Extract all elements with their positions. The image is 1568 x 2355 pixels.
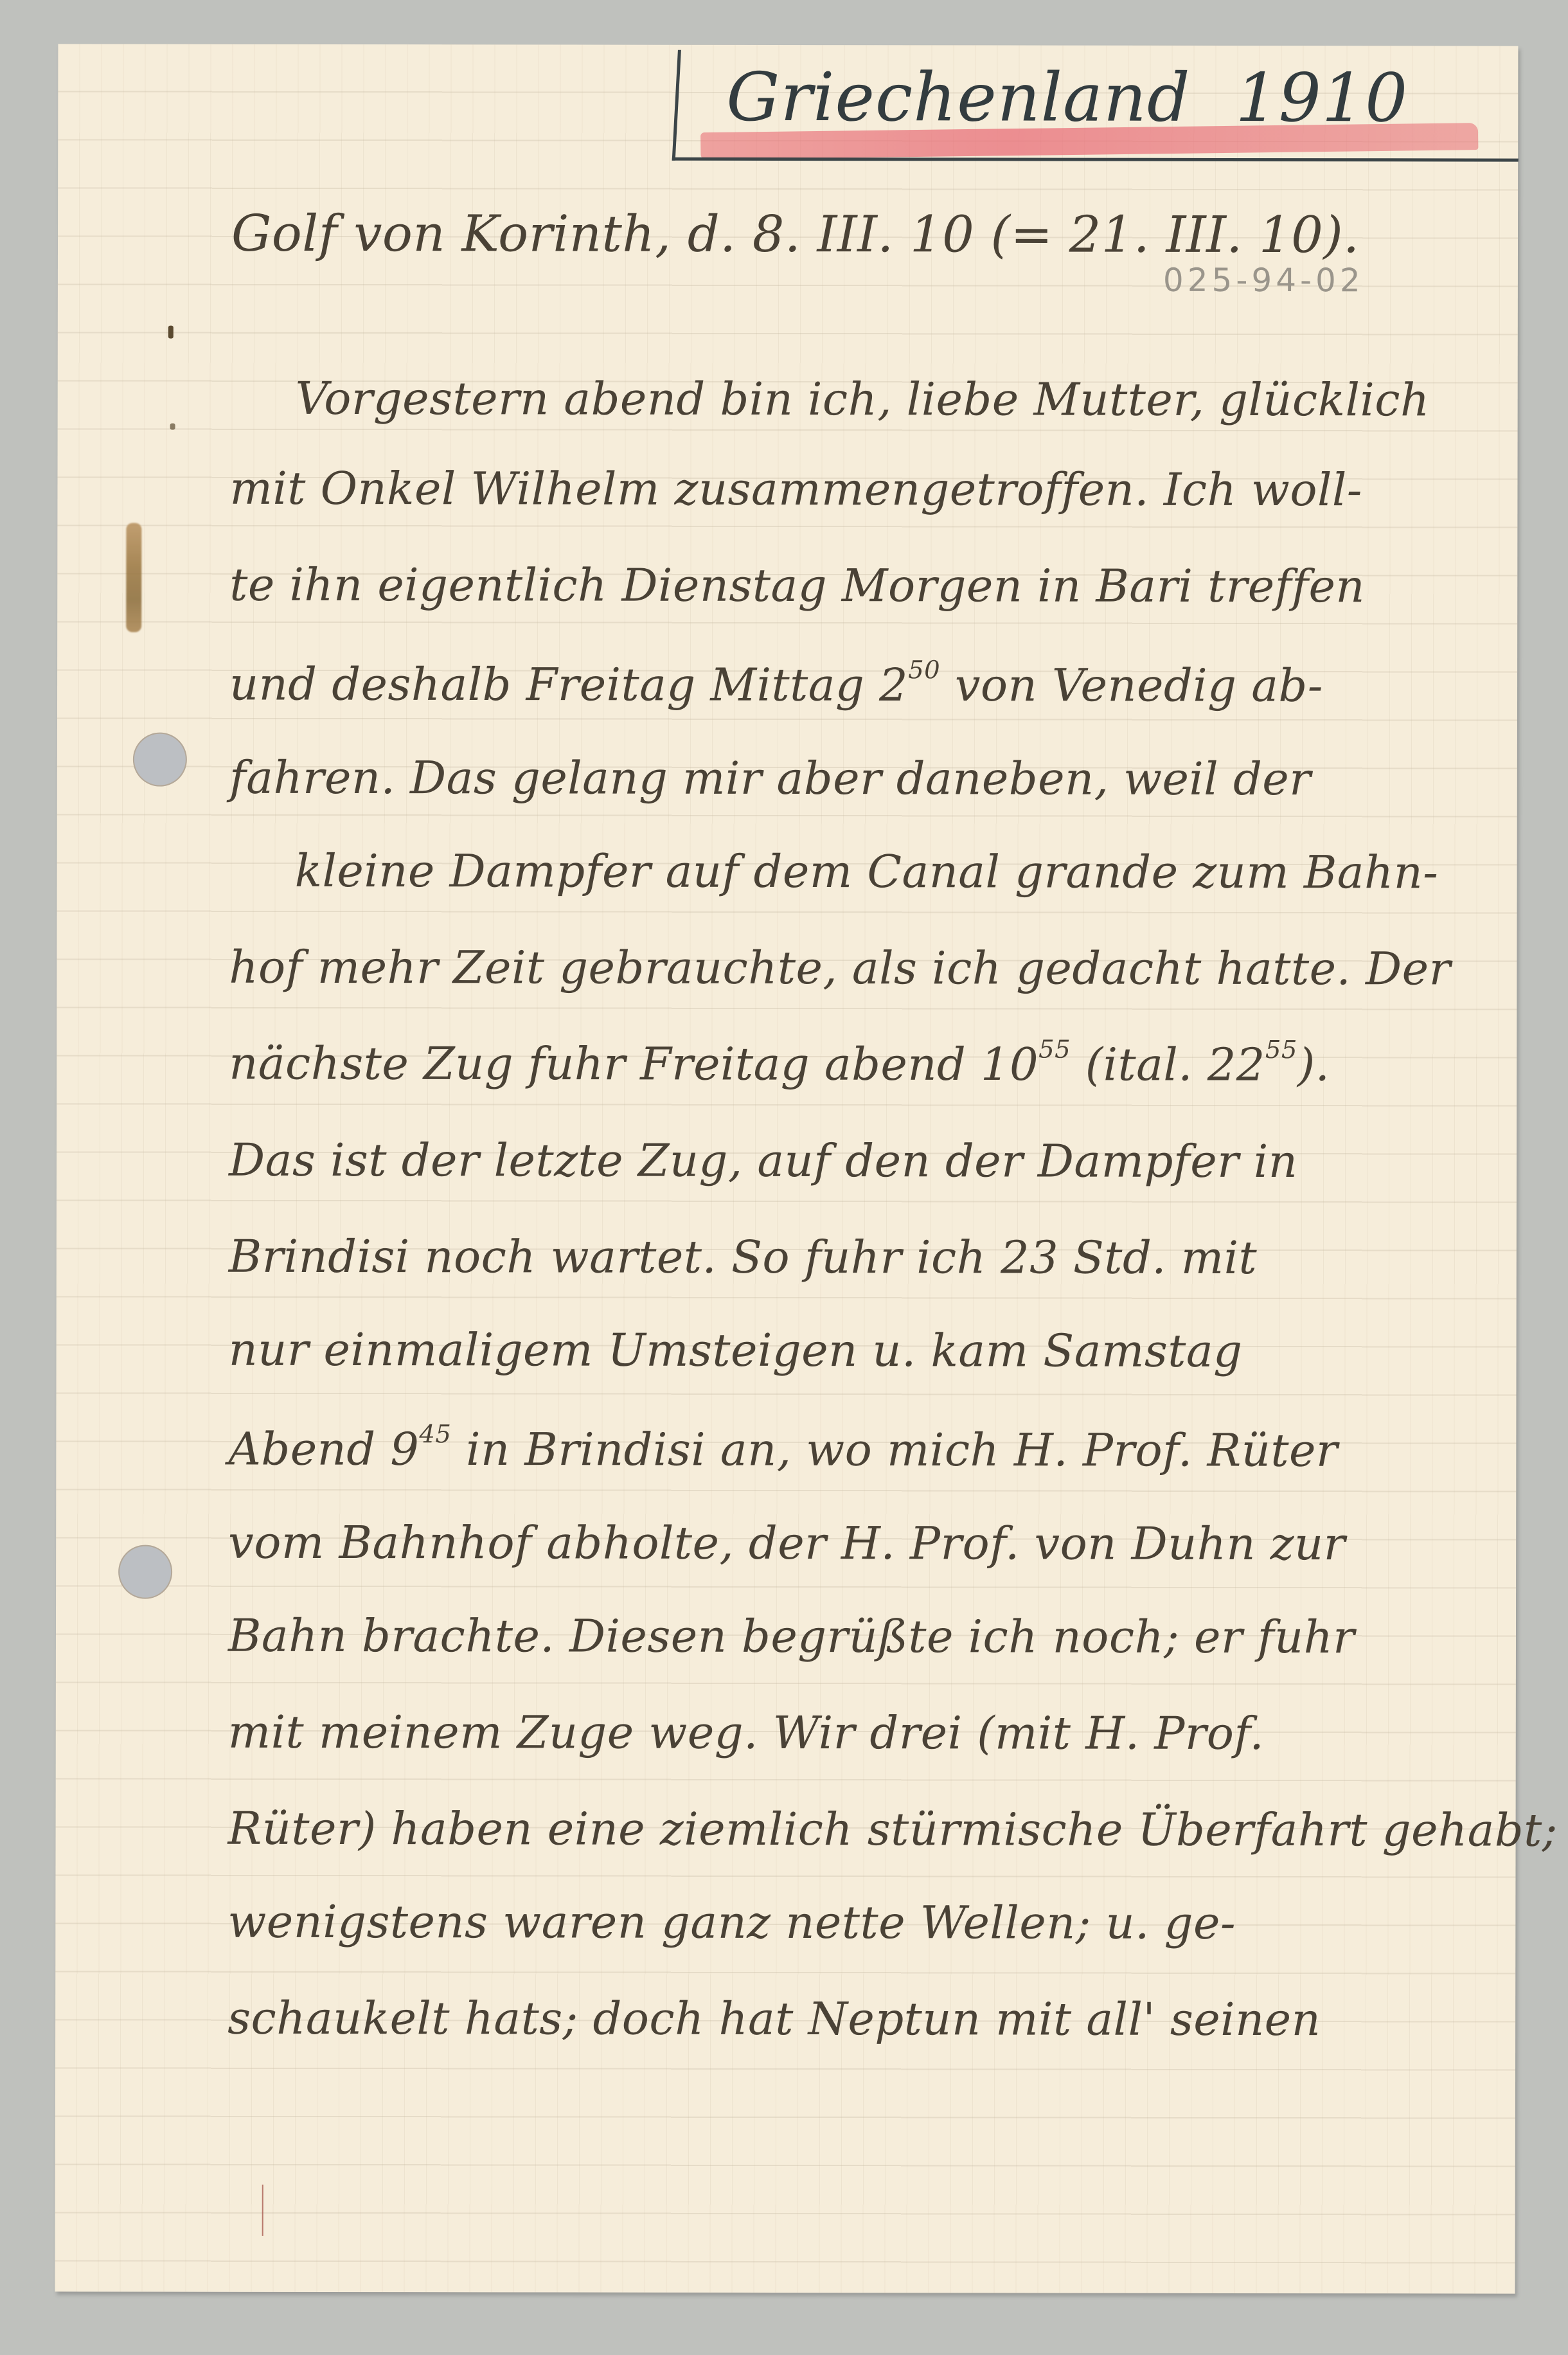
letter-line: Abend 945 in Brindisi an, wo mich H. Pro… xyxy=(228,1420,1338,1477)
letter-line: wenigstens waren ganz nette Wellen; u. g… xyxy=(227,1895,1236,1949)
letter-line: te ihn eigentlich Dienstag Morgen in Bar… xyxy=(229,559,1365,613)
time-minutes: 45 xyxy=(419,1420,451,1449)
letter-line: nur einmaligem Umsteigen u. kam Samstag xyxy=(229,1323,1243,1377)
letter-line: fahren. Das gelang mir aber daneben, wei… xyxy=(229,751,1311,805)
dateline-date: d. 8. III. 10 xyxy=(688,206,975,264)
letter-page: Griechenland1910 025-94-02 Golf von Kori… xyxy=(55,44,1519,2293)
letter-line: und deshalb Freitag Mittag 250 von Vened… xyxy=(229,655,1323,712)
letter-line: mit Onkel Wilhelm zusammengetroffen. Ich… xyxy=(229,462,1362,516)
line-text: (ital. 22 xyxy=(1071,1038,1265,1091)
time-minutes: 55 xyxy=(1038,1035,1071,1064)
line-text: Abend 9 xyxy=(228,1422,419,1475)
letter-line: Rüter) haben eine ziemlich stürmische Üb… xyxy=(228,1802,1558,1857)
line-text: nächste Zug fuhr Freitag abend 10 xyxy=(229,1037,1038,1091)
letter-line: Bahn brachte. Diesen begrüßte ich noch; … xyxy=(228,1609,1355,1663)
time-minutes: 55 xyxy=(1265,1035,1297,1064)
time-minutes: 50 xyxy=(908,656,940,685)
line-text: in Brindisi an, wo mich H. Prof. Rüter xyxy=(451,1423,1338,1477)
letter-line: nächste Zug fuhr Freitag abend 1055 (ita… xyxy=(229,1034,1330,1091)
dateline-place: Golf von Korinth, xyxy=(231,205,672,264)
letter-body: Golf von Korinth, d. 8. III. 10 (= 21. I… xyxy=(55,44,1519,2293)
letter-line: Vorgestern abend bin ich, liebe Mutter, … xyxy=(296,372,1430,426)
line-text: von Venedig ab- xyxy=(940,659,1323,712)
dateline: Golf von Korinth, d. 8. III. 10 (= 21. I… xyxy=(231,205,1360,264)
letter-line: kleine Dampfer auf dem Canal grande zum … xyxy=(295,845,1439,899)
letter-line: mit meinem Zuge weg. Wir drei (mit H. Pr… xyxy=(228,1706,1264,1760)
line-text: ). xyxy=(1297,1039,1330,1091)
letter-line: Brindisi noch wartet. So fuhr ich 23 Std… xyxy=(229,1230,1257,1284)
letter-line: vom Bahnhof abholte, der H. Prof. von Du… xyxy=(228,1516,1346,1570)
letter-line: Das ist der letzte Zug, auf den der Damp… xyxy=(229,1134,1298,1188)
letter-line: schaukelt hats; doch hat Neptun mit all'… xyxy=(227,1992,1321,2046)
letter-line: hof mehr Zeit gebrauchte, als ich gedach… xyxy=(229,941,1450,996)
dateline-alt-date: (= 21. III. 10). xyxy=(990,206,1359,264)
line-text: und deshalb Freitag Mittag 2 xyxy=(229,658,908,711)
